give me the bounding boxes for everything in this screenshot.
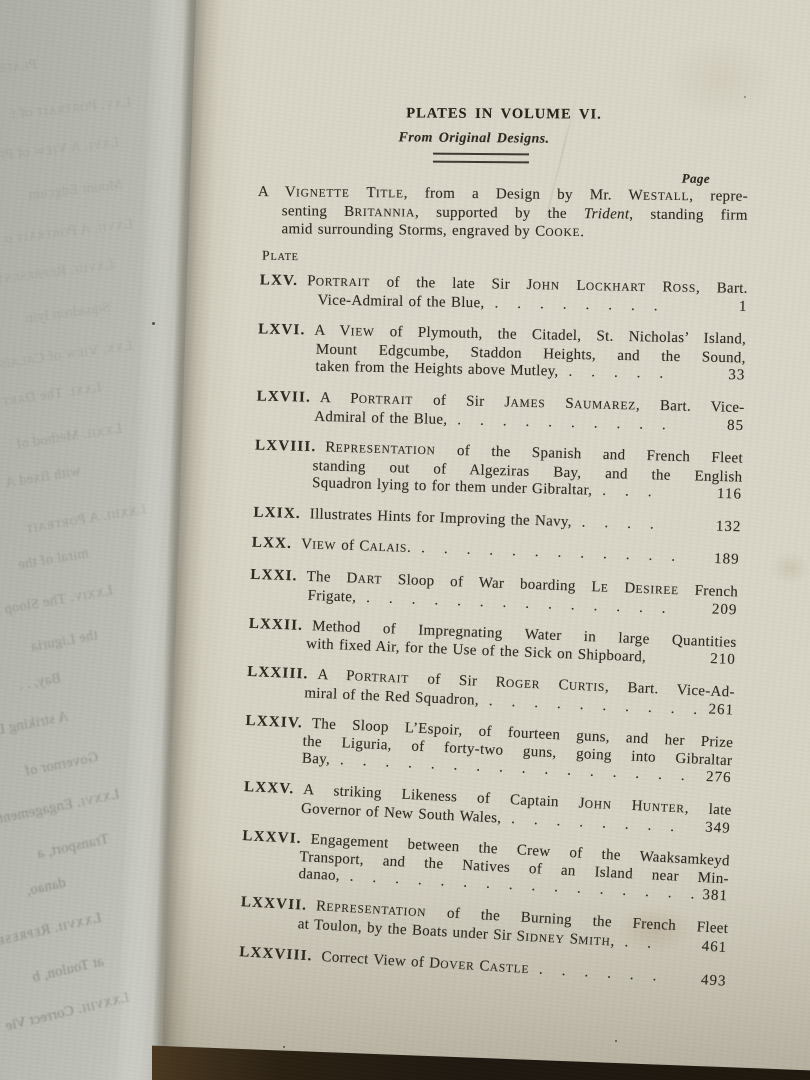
dot-leader: .....: [568, 364, 682, 382]
plate-entry: LXVI.A VIEW of Plymouth, the Citadel, St…: [237, 321, 746, 385]
table-edge: [152, 1036, 810, 1080]
showthrough-text: LXVII. A PORTRAIT o: [4, 216, 134, 248]
plate-roman-numeral: LXVIII.: [255, 437, 317, 455]
paper-speck: [615, 1040, 617, 1042]
page-number: 209: [712, 602, 738, 620]
showthrough-text: LXXII. Method of: [15, 421, 123, 454]
page-number: 461: [701, 939, 727, 957]
dot-leader: ...: [602, 483, 671, 501]
page-number: 33: [728, 367, 745, 384]
showthrough-text: the Liguria: [30, 627, 99, 656]
paper-speck: [152, 322, 155, 325]
showthrough-text: LXXVII. REPRESE: [0, 910, 103, 950]
showthrough-text: LXXVIII. Correct Vie: [4, 989, 131, 1035]
showthrough-text: danao,: [25, 875, 68, 900]
page-number: 1: [739, 299, 748, 316]
showthrough-text: A striking L: [0, 708, 70, 739]
showthrough-text: Transport, a: [36, 831, 111, 863]
plate-roman-numeral: LXXV.: [244, 779, 295, 797]
plate-roman-numeral: LXXVI.: [242, 828, 302, 847]
plate-entry: LXXII.Method of Impregnating Water in la…: [228, 615, 737, 670]
book-photo: PLATELXV. PORTRAIT of tLXVI. A VIEW of P…: [0, 0, 810, 1080]
showthrough-text: Mount Edgcum: [28, 177, 124, 205]
showthrough-text: LXXVI. Engagement: [0, 786, 121, 828]
dot-leader: ............: [421, 541, 694, 566]
plate-roman-numeral: LXVI.: [258, 321, 306, 338]
plate-entry: LXVII.A PORTRAIT of Sir JAMES SAUMAREZ, …: [236, 388, 745, 436]
page-number: 276: [706, 769, 732, 787]
plate-roman-numeral: LXXIV.: [245, 713, 303, 732]
plate-entry: LXX.VIEW of CALAIS.............189: [232, 534, 740, 569]
showthrough-text: LXVIII. REPRESENTA: [0, 257, 115, 290]
paper-speck: [744, 96, 746, 98]
right-page-content: PLATES IN VOLUME VI. From Original Desig…: [240, 100, 748, 975]
showthrough-text: LXXIV. The Sloop L: [0, 582, 114, 620]
dot-leader: ..: [624, 934, 670, 952]
plate-roman-numeral: LXV.: [260, 272, 299, 289]
showthrough-text: Squadron lyin: [24, 300, 111, 328]
paper-stain: [762, 545, 810, 591]
showthrough-text: Bay, . .: [17, 670, 62, 695]
showthrough-text: LXV. PORTRAIT of t: [10, 94, 132, 123]
dot-leader: ........: [494, 295, 676, 314]
plate-roman-numeral: LXXVIII.: [239, 945, 313, 965]
page-number: 189: [714, 551, 740, 569]
dot-leader: ......: [539, 962, 676, 986]
page-subtitle: From Original Designs.: [220, 129, 728, 149]
plate-entry: LXV.PORTRAIT of the late Sir JOHN LOCKHA…: [239, 272, 748, 317]
plate-column-label: PLATE: [262, 247, 748, 270]
vignette-paragraph: A VIGNETTE TITLE, from a Design by Mr. W…: [257, 184, 748, 244]
page-number: 261: [708, 702, 734, 720]
plate-entry: LXVIII.REPRESENTATION of the Spanish and…: [234, 437, 743, 504]
showthrough-text: PLATE: [0, 57, 38, 78]
left-page: PLATELXV. PORTRAIT of tLXVI. A VIEW of P…: [0, 0, 200, 1080]
plate-roman-numeral: LXXIII.: [247, 664, 309, 683]
plate-entry: LXXIII.A PORTRAIT of Sir ROGER CURTIS, B…: [226, 663, 735, 721]
page-title: PLATES IN VOLUME VI.: [250, 104, 758, 124]
showthrough-text: Governor of: [23, 749, 99, 780]
dot-leader: ....: [582, 514, 673, 533]
page-number: 493: [700, 972, 726, 990]
plate-roman-numeral: LXXVII.: [240, 894, 307, 914]
plate-roman-numeral: LXIX.: [253, 504, 301, 521]
showthrough-text: LXXI. The DART Sl: [0, 379, 103, 413]
double-rule: [433, 153, 529, 164]
plate-entry: LXXIV.The Sloop L’Espoir, of fourteen gu…: [224, 712, 734, 788]
plate-entry: LXIX.Illustrates Hints for Improving the…: [233, 504, 741, 537]
showthrough-text: miral of the: [17, 545, 90, 574]
page-number: 132: [716, 518, 742, 536]
page-number: 381: [702, 887, 728, 905]
plate-entry-line: LXX.VIEW of CALAIS.............: [252, 535, 740, 570]
plate-roman-numeral: LXX.: [252, 535, 293, 552]
plate-roman-numeral: LXXII.: [249, 616, 304, 634]
paper-speck: [283, 1046, 285, 1048]
page-number: 210: [710, 651, 736, 669]
showthrough-text: LXXIII. A PORTRAIT: [24, 501, 147, 538]
page-number: 349: [705, 820, 731, 838]
plate-roman-numeral: LXVII.: [257, 388, 312, 405]
plate-entry-line: LXIX.Illustrates Hints for Improving the…: [253, 504, 741, 536]
plate-roman-numeral: LXXI.: [250, 567, 298, 585]
page-number: 116: [717, 486, 742, 504]
showthrough-text: at Toulon, b: [31, 954, 106, 987]
showthrough-text: LXX. VIEW of CALAIS: [0, 338, 134, 373]
page-number: 85: [727, 418, 744, 435]
showthrough-text: LXVI. A VIEW of Ply: [0, 135, 120, 166]
plate-list: LXV.PORTRAIT of the late Sir JOHN LOCKHA…: [240, 272, 748, 962]
showthrough-text: with fixed A: [4, 463, 82, 492]
plate-entry: LXXVI.Engagement between the Crew of the…: [220, 827, 730, 906]
plate-entry: LXXI.The DART Sloop of War boarding LE D…: [229, 566, 738, 621]
